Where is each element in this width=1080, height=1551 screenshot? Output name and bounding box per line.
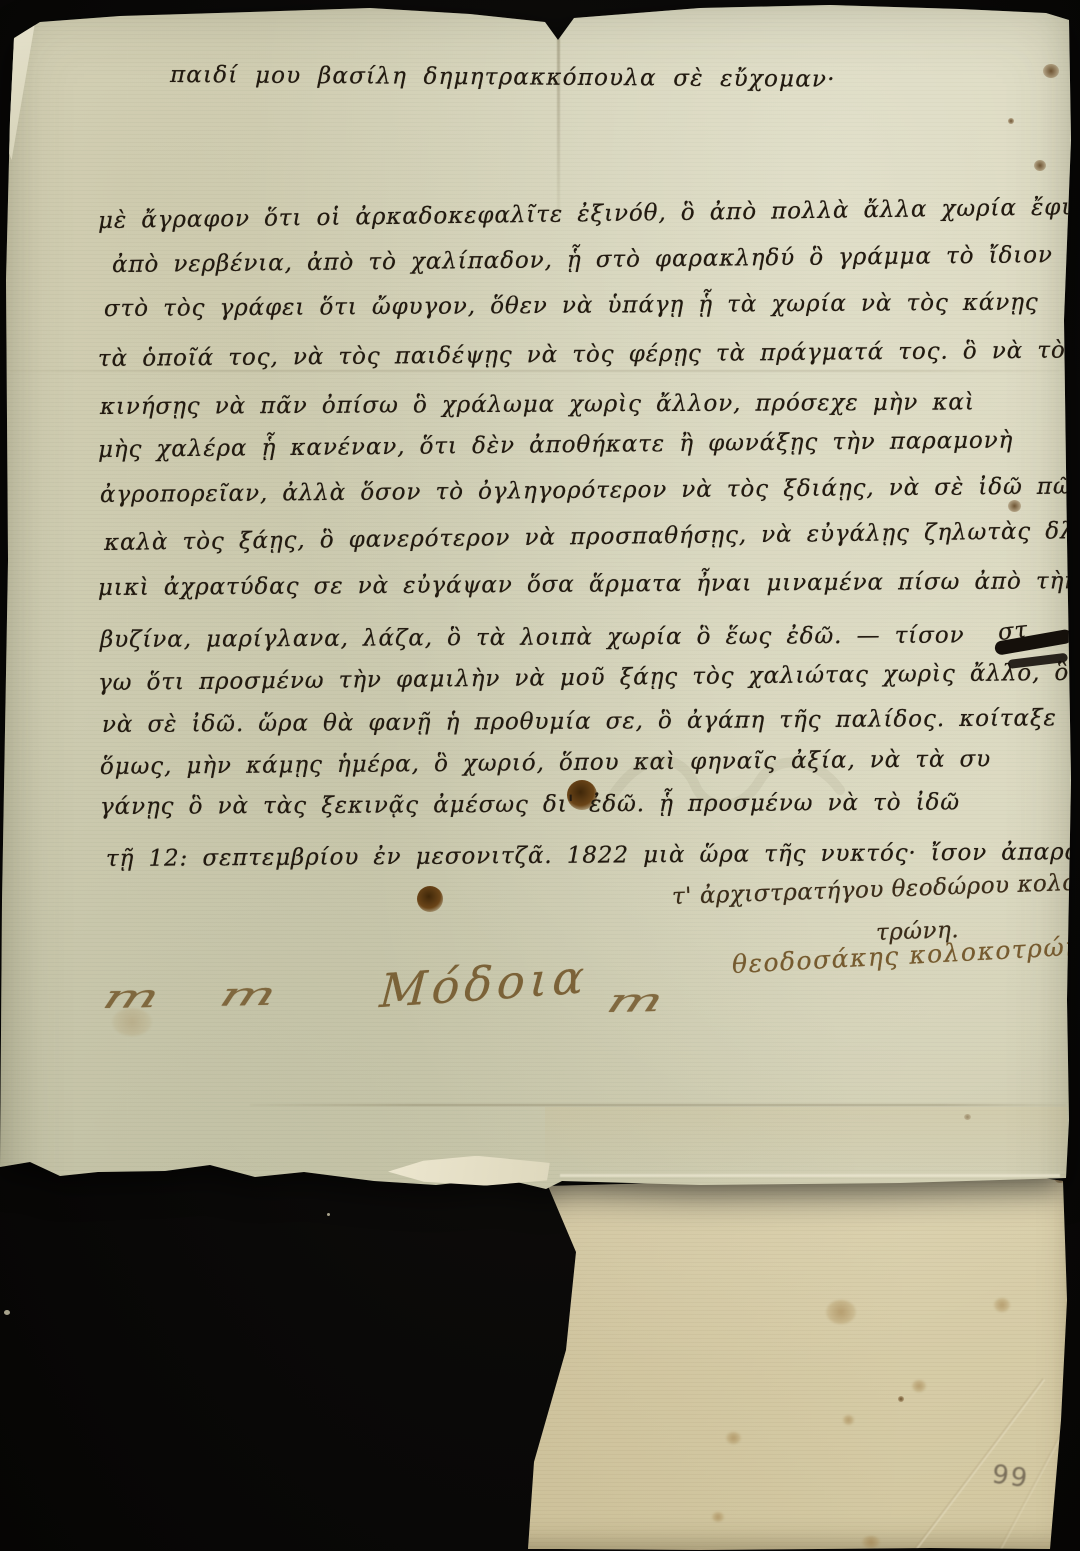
body-line-2: ἀπὸ νερβένια, ἀπὸ τὸ χαλίπαδον, ᾗ στὸ φα…	[112, 242, 1080, 278]
body-line-3: στὸ τὸς γράφει ὅτι ὤφυγον, ὅθεν νὰ ὑπάγῃ…	[104, 289, 1039, 322]
body-line-7: ἀγροπορεῖαν, ἀλλὰ ὅσον τὸ ὀγληγορότερον …	[100, 473, 1080, 508]
body-line-12: νὰ σὲ ἰδῶ. ὥρα θὰ φανῇ ἡ προθυμία σε, ὃ …	[102, 705, 1057, 738]
stain	[1008, 500, 1021, 512]
pen-trial: m m	[98, 974, 304, 1016]
photo-background: 99 παιδί μου βασίλη δημητρακκόπουλα σὲ ε…	[0, 0, 1080, 1551]
torn-edge-highlight	[560, 1174, 1060, 1177]
body-line-15: τῇ 12: σεπτεμβρίου ἐν μεσονιτζᾶ. 1822 μι…	[106, 838, 1080, 872]
letter-sheet: παιδί μου βασίλη δημητρακκόπουλα σὲ εὔχο…	[0, 0, 1080, 1551]
closing-line-1: τ' ἀρχιστρατήγου θεοδώρου κολοκο	[672, 869, 1080, 910]
body-line-4: τὰ ὁποῖά τος, νὰ τὸς παιδέψῃς νὰ τὸς φέρ…	[98, 337, 1080, 372]
stain	[1008, 118, 1014, 124]
body-line-9: μικὶ ἀχρατύδας σε νὰ εὐγάψαν ὅσα ἅρματα …	[98, 568, 1079, 601]
stain	[1034, 160, 1046, 171]
body-line-14: γάνῃς ὃ νὰ τὰς ξεκινᾷς ἀμέσως δι' ἐδῶ. ᾗ…	[100, 789, 960, 820]
corner-fold	[0, 24, 58, 160]
fold-shading	[545, 1107, 1067, 1177]
salutation-line: παιδί μου βασίλη δημητρακκόπουλα σὲ εὔχο…	[170, 62, 836, 93]
body-line-10: βυζίνα, μαρίγλανα, λάζα, ὃ τὰ λοιπὰ χωρί…	[100, 622, 965, 653]
body-line-6: μὴς χαλέρα ᾗ κανέναν, ὅτι δὲν ἀποθήκατε …	[98, 427, 1014, 463]
body-line-5: κινήσῃς νὰ πᾶν ὀπίσω ὃ χράλωμα χωρὶς ἄλλ…	[100, 389, 975, 420]
stain	[964, 1114, 971, 1120]
paper-debris	[4, 1310, 10, 1315]
body-line-1: μὲ ἄγραφον ὅτι οἱ ἀρκαδοκεφαλῖτε ἐξινόθ,…	[98, 194, 1080, 234]
pen-trial: m	[602, 981, 691, 1020]
stain	[1043, 64, 1059, 78]
paper-debris	[327, 1213, 330, 1216]
body-line-8: καλὰ τὸς ξάῃς, ὃ φανερότερον νὰ προσπαθή…	[104, 518, 1080, 556]
ink-blot	[417, 886, 443, 912]
letter-sheet-wrap: παιδί μου βασίλη δημητρακκόπουλα σὲ εὔχο…	[0, 0, 1080, 1551]
fold-crease	[557, 8, 560, 218]
fold-crease	[250, 1104, 1066, 1106]
docket-word: Μόδοια	[378, 949, 591, 1018]
body-line-11: γω ὅτι προσμένω τὴν φαμιλὴν νὰ μοῦ ξάῃς …	[98, 660, 1069, 696]
